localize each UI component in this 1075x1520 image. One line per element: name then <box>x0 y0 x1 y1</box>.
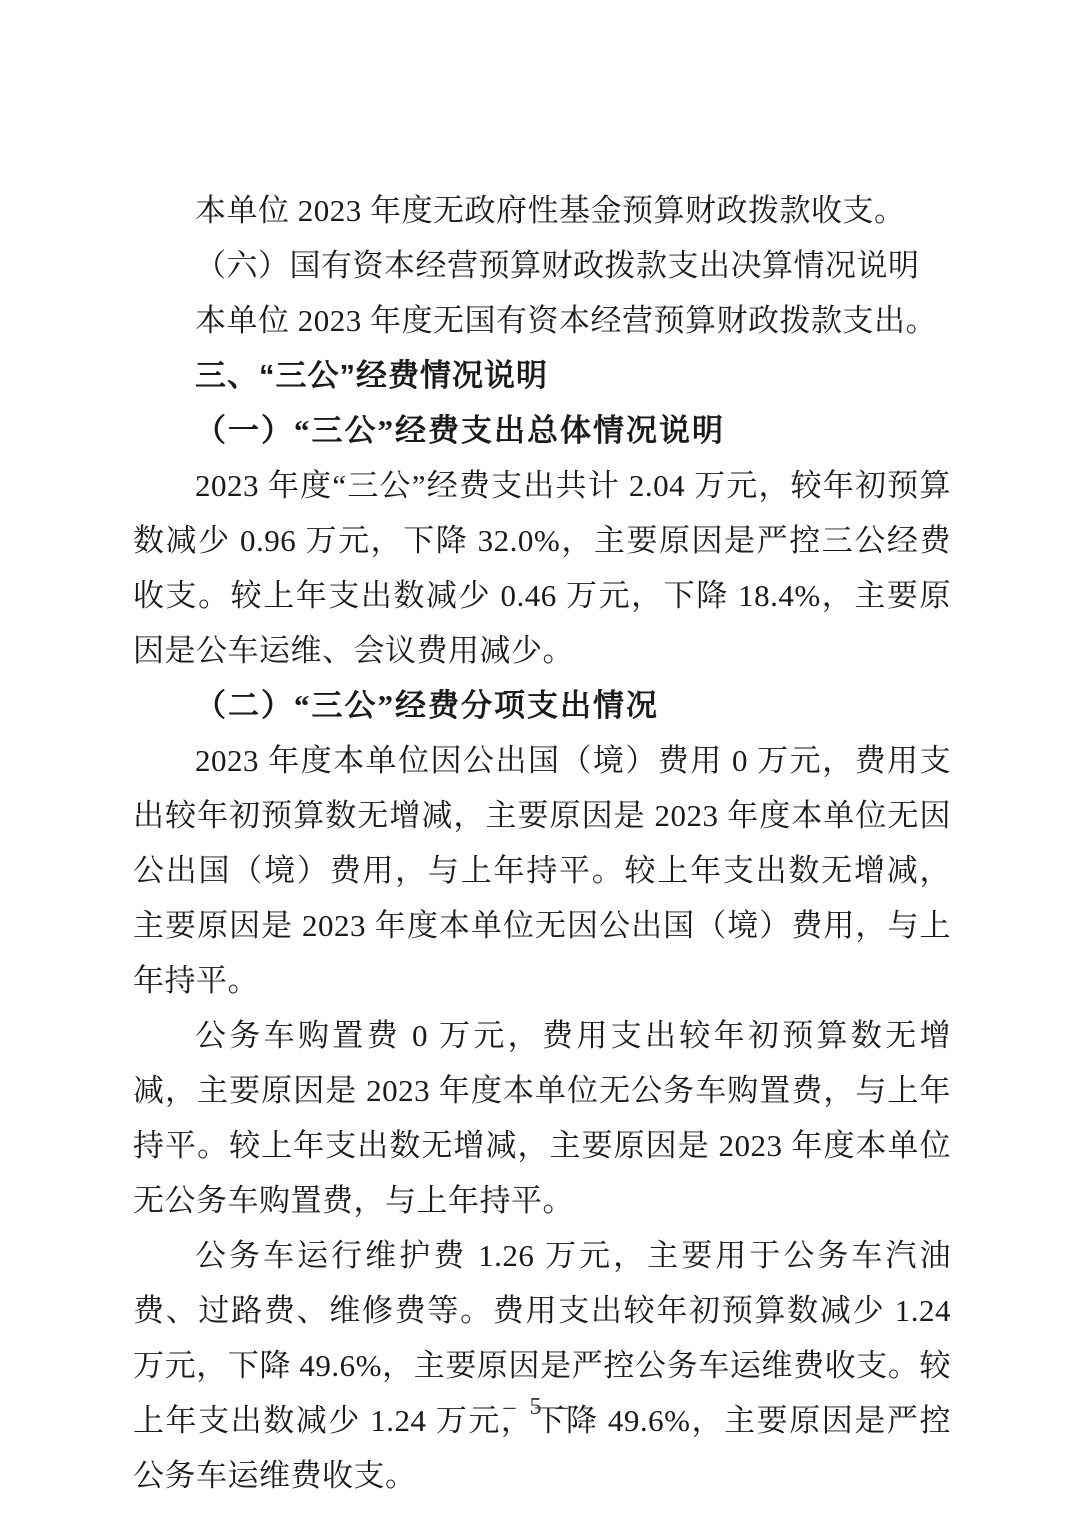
para-vehicle-maintenance-expense: 公务车运行维护费 1.26 万元，主要用于公务车汽油费、过路费、维修费等。费用支… <box>133 1228 951 1503</box>
para-overall-spending: 2023 年度“三公”经费支出共计 2.04 万元，较年初预算数减少 0.96 … <box>133 458 951 678</box>
para-no-state-capital-budget: 本单位 2023 年度无国有资本经营预算财政拨款支出。 <box>133 293 951 348</box>
document-page: 本单位 2023 年度无政府性基金预算财政拨款收支。 （六）国有资本经营预算财政… <box>0 0 1075 1520</box>
document-body: 本单位 2023 年度无政府性基金预算财政拨款收支。 （六）国有资本经营预算财政… <box>133 183 951 1503</box>
heading-three-public-funds: 三、“三公”经费情况说明 <box>133 348 951 403</box>
page-number: – 5 – <box>0 1392 1075 1422</box>
para-vehicle-purchase-expense: 公务车购置费 0 万元，费用支出较年初预算数无增减，主要原因是 2023 年度本… <box>133 1008 951 1228</box>
para-overseas-travel-expense: 2023 年度本单位因公出国（境）费用 0 万元，费用支出较年初预算数无增减，主… <box>133 733 951 1008</box>
heading-overall-spending: （一）“三公”经费支出总体情况说明 <box>133 403 951 458</box>
heading-itemized-spending: （二）“三公”经费分项支出情况 <box>133 678 951 733</box>
para-no-gov-fund-budget: 本单位 2023 年度无政府性基金预算财政拨款收支。 <box>133 183 951 238</box>
heading-section-six: （六）国有资本经营预算财政拨款支出决算情况说明 <box>133 238 951 293</box>
